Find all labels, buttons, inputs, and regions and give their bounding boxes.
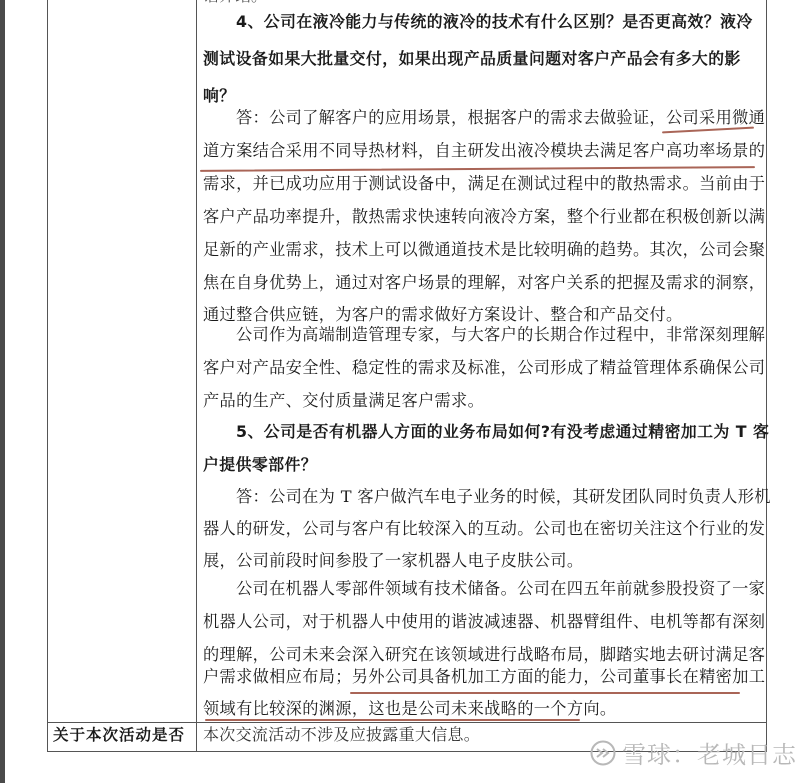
- answer-4-line: 产品的生产、交付质量满足客户需求。: [203, 389, 484, 413]
- answer-5-line: 器人的研发，公司与客户有比较深入的互动。公司也在密切关注这个行业的发: [203, 517, 765, 541]
- watermark: 雪球：老城日志: [590, 735, 797, 770]
- question-4-line: 测试设备如果大批量交付，如果出现产品质量问题对客户产品会有多大的影: [203, 47, 741, 71]
- annotation-underline: [205, 719, 580, 721]
- answer-4-line: 足新的产业需求，技术上可以微通道技术是比较明确的趋势。其次，公司会聚: [203, 238, 765, 262]
- answer-4-line: 焦在自身优势上，通过对客户场景的理解，对客户关系的把握及需求的洞察，: [203, 271, 765, 295]
- disclosure-value: 本次交流活动不涉及应披露重大信息。: [203, 724, 480, 746]
- xueqiu-logo-icon: [590, 740, 616, 766]
- viewer-left-edge: [0, 0, 5, 783]
- answer-4-line: 公司作为高端制造管理专家，与大客户的长期合作过程中，非常深刻理解: [203, 323, 765, 347]
- answer-5-line: 答：公司在为 T 客户做汽车电子业务的时候，其研发团队同时负责人形机: [203, 485, 771, 509]
- answer-4-line: 需求，并已成功应用于测试设备中，满足在测试过程中的散热需求。当前由于: [203, 172, 765, 196]
- question-4-line: 响？: [203, 84, 236, 108]
- disclosure-label: 关于本次活动是否: [53, 724, 185, 746]
- answer-5-line: 的理解，公司未来会深入研究在该领域进行战略布局，脚踏实地去研讨满足客: [203, 643, 765, 667]
- watermark-text: 雪球：老城日志: [622, 735, 797, 770]
- answer-5-line: 机器人公司，对于机器人中使用的谐波减速器、机器臂组件、电机等都有深刻: [203, 610, 765, 634]
- answer-4-line: 客户产品功率提升，散热需求快速转向液冷方案，整个行业都在积极创新以满: [203, 205, 765, 229]
- question-4-line: 4、公司在液冷能力与传统的液冷的技术有什么区别？是否更高效？液冷: [203, 10, 753, 34]
- table-row-divider: [47, 722, 767, 723]
- question-5-line: 5、公司是否有机器人方面的业务布局如何?有没考虑通过精密加工为 T 客: [203, 420, 769, 444]
- answer-5-line: 户需求做相应布局；另外公司具备机加工方面的能力，公司董事长在精密加工: [203, 665, 765, 689]
- answer-4-line: 答：公司了解客户的应用场景，根据客户的需求去做验证，公司采用微通: [203, 106, 765, 130]
- table-column-divider: [196, 0, 197, 752]
- answer-4-line: 客户对产品安全性、稳定性的需求及标准，公司形成了精益管理体系确保公司: [203, 356, 765, 380]
- question-5-line: 户提供零部件？: [203, 453, 317, 477]
- answer-4-line: 道方案结合采用不同导热材料，自主研发出液冷模块去满足客户高功率场景的: [203, 139, 765, 163]
- answer-5-line: 展，公司前段时间参股了一家机器人电子皮肤公司。: [203, 549, 583, 573]
- partial-text-top: 话介绍。: [203, 0, 267, 8]
- answer-5-line: 领域有比较深的渊源，这也是公司未来战略的一个方向。: [203, 697, 616, 721]
- annotation-underline: [350, 692, 740, 694]
- answer-5-line: 公司在机器人零部件领域有技术储备。公司在四五年前就参股投资了一家: [203, 577, 765, 601]
